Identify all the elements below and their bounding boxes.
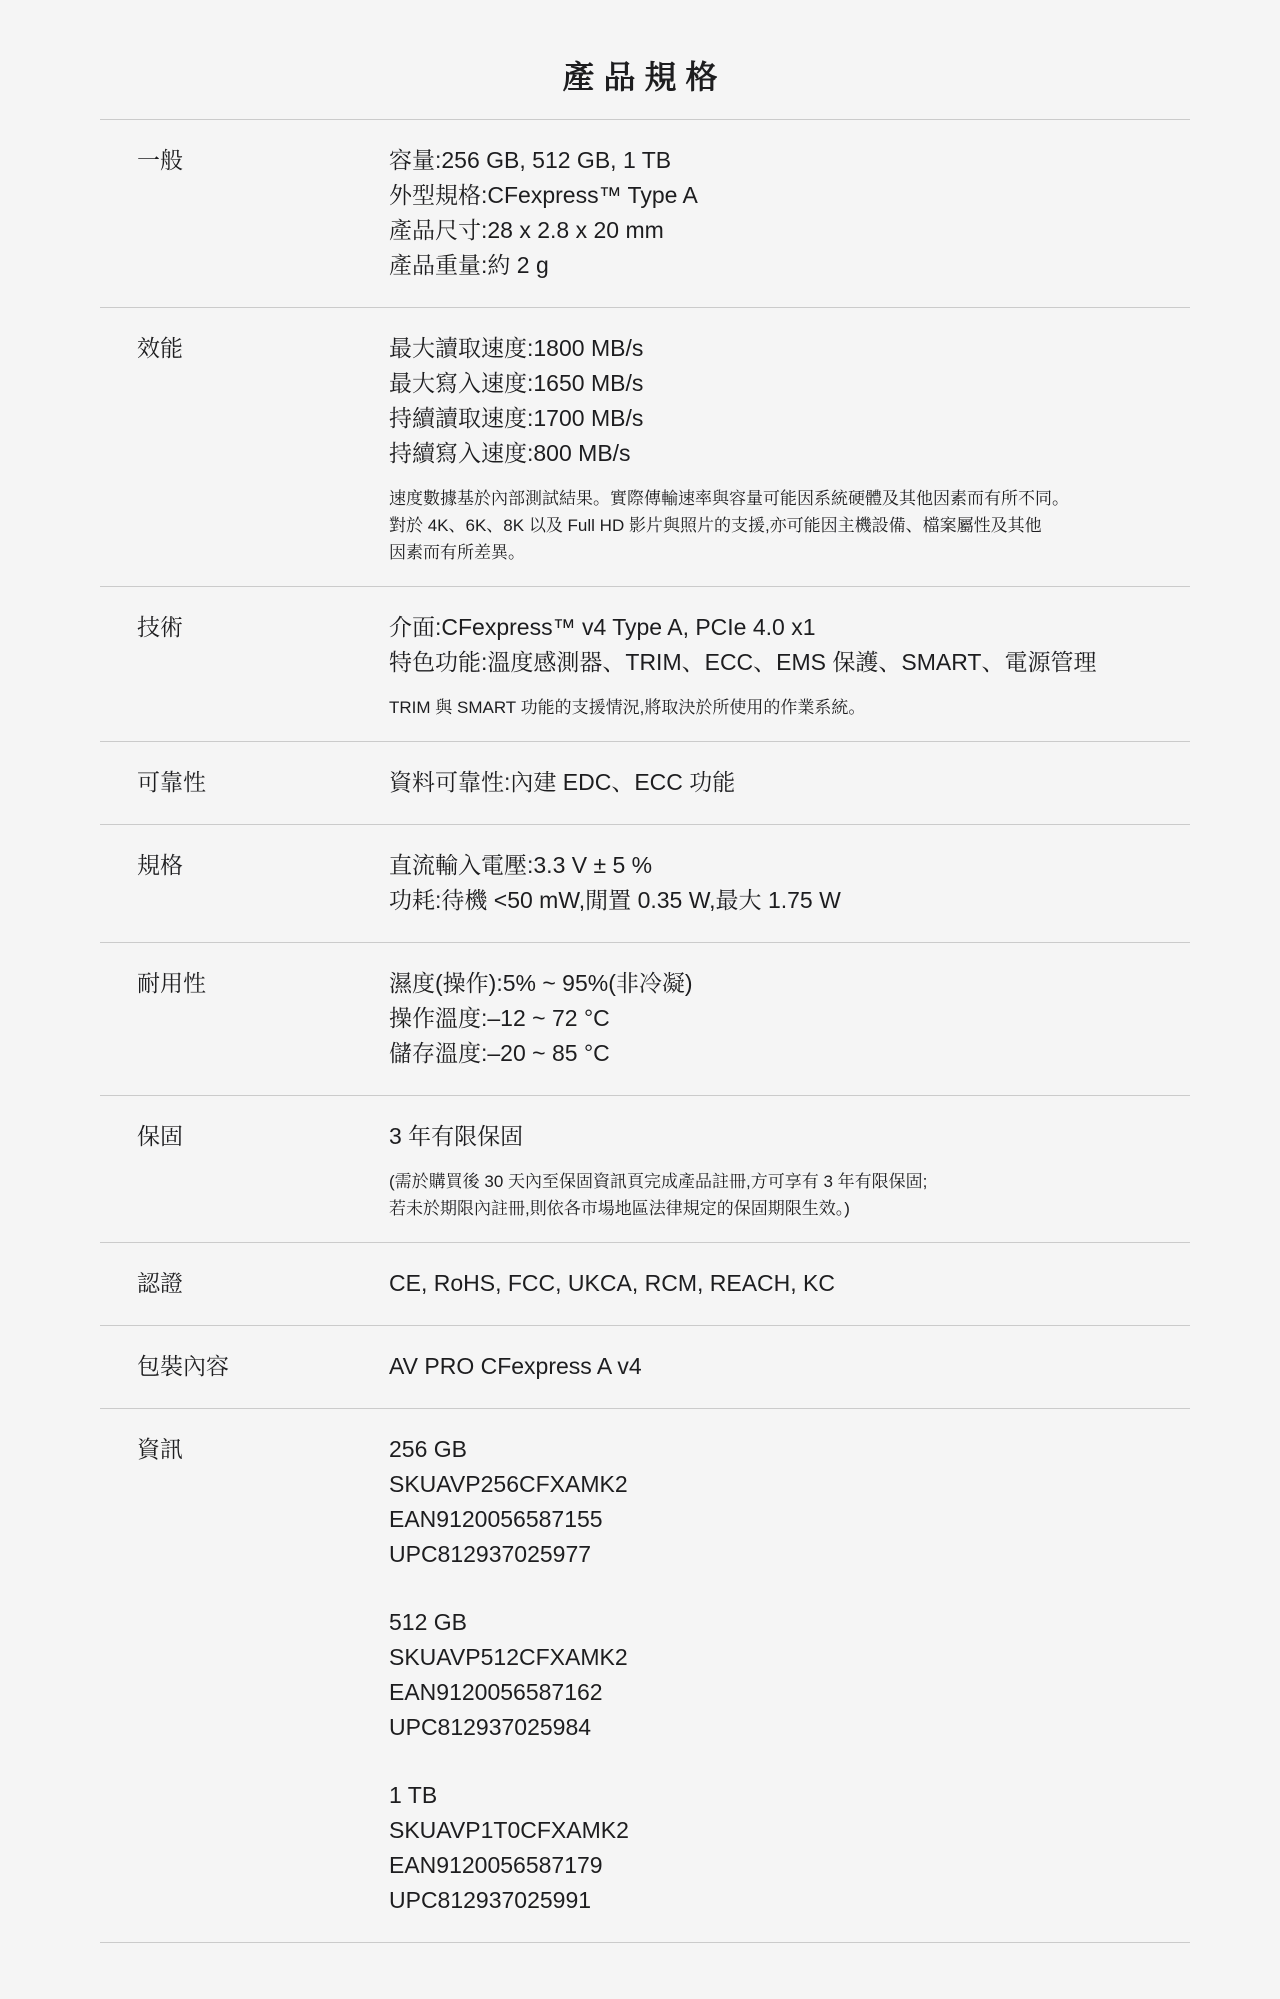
spec-line-certifications: CE, RoHS, FCC, UKCA, RCM, REACH, KC	[389, 1266, 1190, 1301]
sku-capacity: 512 GB	[389, 1605, 1190, 1640]
section-warranty: 保固 3 年有限保固 (需於購買後 30 天內至保固資訊頁完成產品註冊,方可享有…	[100, 1095, 1190, 1242]
section-label: 效能	[137, 331, 389, 366]
spec-line-max-write: 最大寫入速度:1650 MB/s	[389, 366, 1190, 401]
section-content: 3 年有限保固 (需於購買後 30 天內至保固資訊頁完成產品註冊,方可享有 3 …	[389, 1119, 1190, 1222]
product-spec-page: 產品規格 一般 容量:256 GB, 512 GB, 1 TB 外型規格:CFe…	[0, 0, 1280, 1943]
page-title: 產品規格	[0, 0, 1280, 119]
spec-line-power: 功耗:待機 <50 mW,閒置 0.35 W,最大 1.75 W	[389, 883, 1190, 918]
section-label: 保固	[137, 1119, 389, 1154]
bottom-divider	[100, 1942, 1190, 1943]
spec-line-interface: 介面:CFexpress™ v4 Type A, PCIe 4.0 x1	[389, 610, 1190, 645]
section-durability: 耐用性 濕度(操作):5% ~ 95%(非冷凝) 操作溫度:–12 ~ 72 °…	[100, 942, 1190, 1095]
sku-block-1tb: 1 TB SKUAVP1T0CFXAMK2 EAN9120056587179 U…	[389, 1778, 1190, 1918]
footnote-line: 對於 4K、6K、8K 以及 Full HD 影片與照片的支援,亦可能因主機設備…	[389, 512, 1190, 539]
sku-code: SKUAVP1T0CFXAMK2	[389, 1813, 1190, 1848]
section-content: 最大讀取速度:1800 MB/s 最大寫入速度:1650 MB/s 持續讀取速度…	[389, 331, 1190, 566]
section-content: CE, RoHS, FCC, UKCA, RCM, REACH, KC	[389, 1266, 1190, 1301]
spec-line-capacity: 容量:256 GB, 512 GB, 1 TB	[389, 143, 1190, 178]
spec-line-max-read: 最大讀取速度:1800 MB/s	[389, 331, 1190, 366]
sku-block-256gb: 256 GB SKUAVP256CFXAMK2 EAN9120056587155…	[389, 1432, 1190, 1572]
footnote: (需於購買後 30 天內至保固資訊頁完成產品註冊,方可享有 3 年有限保固; 若…	[389, 1168, 1190, 1222]
footnote: 速度數據基於內部測試結果。實際傳輸速率與容量可能因系統硬體及其他因素而有所不同。…	[389, 485, 1190, 566]
spec-line-sustained-read: 持續讀取速度:1700 MB/s	[389, 401, 1190, 436]
section-reliability: 可靠性 資料可靠性:內建 EDC、ECC 功能	[100, 741, 1190, 824]
footnote-line: TRIM 與 SMART 功能的支援情況,將取決於所使用的作業系統。	[389, 694, 1190, 721]
ean-code: EAN9120056587155	[389, 1502, 1190, 1537]
section-content: 濕度(操作):5% ~ 95%(非冷凝) 操作溫度:–12 ~ 72 °C 儲存…	[389, 966, 1190, 1071]
footnote-line: 速度數據基於內部測試結果。實際傳輸速率與容量可能因系統硬體及其他因素而有所不同。	[389, 485, 1190, 512]
section-package-contents: 包裝內容 AV PRO CFexpress A v4	[100, 1325, 1190, 1408]
footnote: TRIM 與 SMART 功能的支援情況,將取決於所使用的作業系統。	[389, 694, 1190, 721]
sku-code: SKUAVP256CFXAMK2	[389, 1467, 1190, 1502]
spec-line-warranty: 3 年有限保固	[389, 1119, 1190, 1154]
section-label: 可靠性	[137, 765, 389, 800]
spec-table: 一般 容量:256 GB, 512 GB, 1 TB 外型規格:CFexpres…	[100, 119, 1190, 1943]
spec-line-operating-temp: 操作溫度:–12 ~ 72 °C	[389, 1001, 1190, 1036]
spec-line-sustained-write: 持續寫入速度:800 MB/s	[389, 436, 1190, 471]
footnote-line: 因素而有所差異。	[389, 539, 1190, 566]
section-content: 256 GB SKUAVP256CFXAMK2 EAN9120056587155…	[389, 1432, 1190, 1918]
section-technology: 技術 介面:CFexpress™ v4 Type A, PCIe 4.0 x1 …	[100, 586, 1190, 741]
section-specifications: 規格 直流輸入電壓:3.3 V ± 5 % 功耗:待機 <50 mW,閒置 0.…	[100, 824, 1190, 942]
spec-line-dimensions: 產品尺寸:28 x 2.8 x 20 mm	[389, 213, 1190, 248]
upc-code: UPC812937025984	[389, 1710, 1190, 1745]
section-label: 認證	[137, 1266, 389, 1301]
spec-line-features: 特色功能:溫度感測器、TRIM、ECC、EMS 保護、SMART、電源管理	[389, 645, 1190, 680]
spec-line-storage-temp: 儲存溫度:–20 ~ 85 °C	[389, 1036, 1190, 1071]
section-label: 規格	[137, 848, 389, 883]
section-general: 一般 容量:256 GB, 512 GB, 1 TB 外型規格:CFexpres…	[100, 119, 1190, 307]
section-label: 技術	[137, 610, 389, 645]
section-content: 介面:CFexpress™ v4 Type A, PCIe 4.0 x1 特色功…	[389, 610, 1190, 721]
ean-code: EAN9120056587162	[389, 1675, 1190, 1710]
section-content: 直流輸入電壓:3.3 V ± 5 % 功耗:待機 <50 mW,閒置 0.35 …	[389, 848, 1190, 918]
section-content: 容量:256 GB, 512 GB, 1 TB 外型規格:CFexpress™ …	[389, 143, 1190, 283]
spec-line-voltage: 直流輸入電壓:3.3 V ± 5 %	[389, 848, 1190, 883]
upc-code: UPC812937025991	[389, 1883, 1190, 1918]
section-info: 資訊 256 GB SKUAVP256CFXAMK2 EAN9120056587…	[100, 1408, 1190, 1942]
sku-block-512gb: 512 GB SKUAVP512CFXAMK2 EAN9120056587162…	[389, 1605, 1190, 1745]
section-label: 包裝內容	[137, 1349, 389, 1384]
sku-code: SKUAVP512CFXAMK2	[389, 1640, 1190, 1675]
ean-code: EAN9120056587179	[389, 1848, 1190, 1883]
footnote-line: (需於購買後 30 天內至保固資訊頁完成產品註冊,方可享有 3 年有限保固;	[389, 1168, 1190, 1195]
spec-line-humidity: 濕度(操作):5% ~ 95%(非冷凝)	[389, 966, 1190, 1001]
footnote-line: 若未於期限內註冊,則依各市場地區法律規定的保固期限生效。)	[389, 1195, 1190, 1222]
spec-line-data-reliability: 資料可靠性:內建 EDC、ECC 功能	[389, 765, 1190, 800]
section-performance: 效能 最大讀取速度:1800 MB/s 最大寫入速度:1650 MB/s 持續讀…	[100, 307, 1190, 586]
upc-code: UPC812937025977	[389, 1537, 1190, 1572]
spec-line-form-factor: 外型規格:CFexpress™ Type A	[389, 178, 1190, 213]
section-label: 資訊	[137, 1432, 389, 1467]
section-label: 耐用性	[137, 966, 389, 1001]
sku-capacity: 256 GB	[389, 1432, 1190, 1467]
section-certification: 認證 CE, RoHS, FCC, UKCA, RCM, REACH, KC	[100, 1242, 1190, 1325]
section-content: AV PRO CFexpress A v4	[389, 1349, 1190, 1384]
spec-line-package: AV PRO CFexpress A v4	[389, 1349, 1190, 1384]
spec-line-weight: 產品重量:約 2 g	[389, 248, 1190, 283]
section-content: 資料可靠性:內建 EDC、ECC 功能	[389, 765, 1190, 800]
section-label: 一般	[137, 143, 389, 178]
sku-capacity: 1 TB	[389, 1778, 1190, 1813]
